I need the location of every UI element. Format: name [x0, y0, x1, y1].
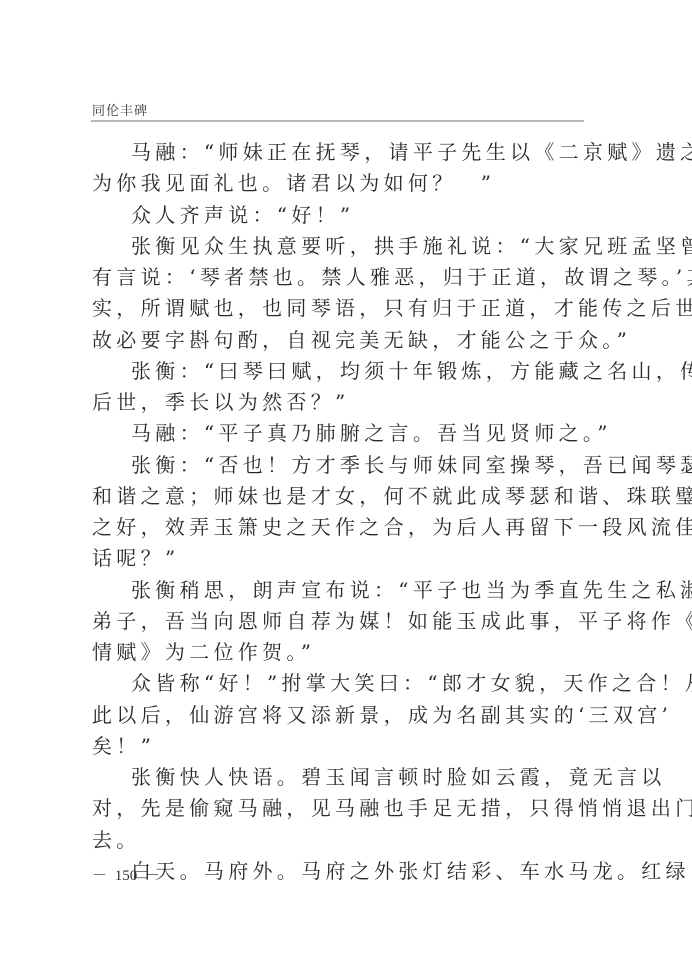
text-line: 白天。马府外。马府之外张灯结彩、车水马龙。红绿 [92, 856, 592, 887]
running-header-title: 同伦丰碑 [92, 100, 148, 119]
text-line: 和谐之意；师妹也是才女，何不就此成琴瑟和谐、珠联璧合 [92, 481, 592, 512]
text-line: 实，所谓赋也，也同琴语，只有归于正道，才能传之后世。 [92, 293, 592, 324]
page-number: － 150 － [92, 864, 160, 885]
text-line: 张衡快人快语。碧玉闻言顿时脸如云霞，竟无言以 [92, 762, 592, 793]
text-line: 张衡见众生执意要听，拱手施礼说：“大家兄班孟坚曾 [92, 231, 592, 262]
text-line: 张衡：“否也！方才季长与师妹同室操琴，吾已闻琴瑟 [92, 450, 592, 481]
text-line: 矣！” [92, 731, 592, 762]
text-line: 众皆称“好！”拊掌大笑曰：“郎才女貌，天作之合！从 [92, 668, 592, 699]
text-line: 话呢？” [92, 543, 592, 574]
text-line: 弟子，吾当向恩师自荐为媒！如能玉成此事，平子将作《定 [92, 606, 592, 637]
text-line: 有言说：‘琴者禁也。禁人雅恶，归于正道，故谓之琴。’其 [92, 262, 592, 293]
text-line: 之好，效弄玉箫史之天作之合，为后人再留下一段风流佳 [92, 512, 592, 543]
text-line: 此以后，仙游宫将又添新景，成为名副其实的‘三双宫’ [92, 700, 592, 731]
text-line: 对，先是偷窥马融，见马融也手足无措，只得悄悄退出门 [92, 793, 592, 824]
header-divider [91, 120, 584, 122]
text-line: 故必要字斟句酌，自视完美无缺，才能公之于众。” [92, 325, 592, 356]
text-line: 情赋》为二位作贺。” [92, 637, 592, 668]
text-line: 马融：“师妹正在抚琴，请平子先生以《二京赋》遗之， [92, 137, 592, 168]
text-line: 马融：“平子真乃肺腑之言。吾当见贤师之。” [92, 418, 592, 449]
text-line: 众人齐声说：“好！” [92, 200, 592, 231]
text-line: 为你我见面礼也。诸君以为如何？ ” [92, 168, 592, 199]
body-text: 马融：“师妹正在抚琴，请平子先生以《二京赋》遗之， 为你我见面礼也。诸君以为如何… [92, 137, 592, 887]
text-line: 去。 [92, 825, 592, 856]
text-line: 张衡：“曰琴曰赋，均须十年锻炼，方能藏之名山，传之 [92, 356, 592, 387]
text-line: 张衡稍思，朗声宣布说：“平子也当为季直先生之私淑 [92, 575, 592, 606]
text-line: 后世，季长以为然否？” [92, 387, 592, 418]
